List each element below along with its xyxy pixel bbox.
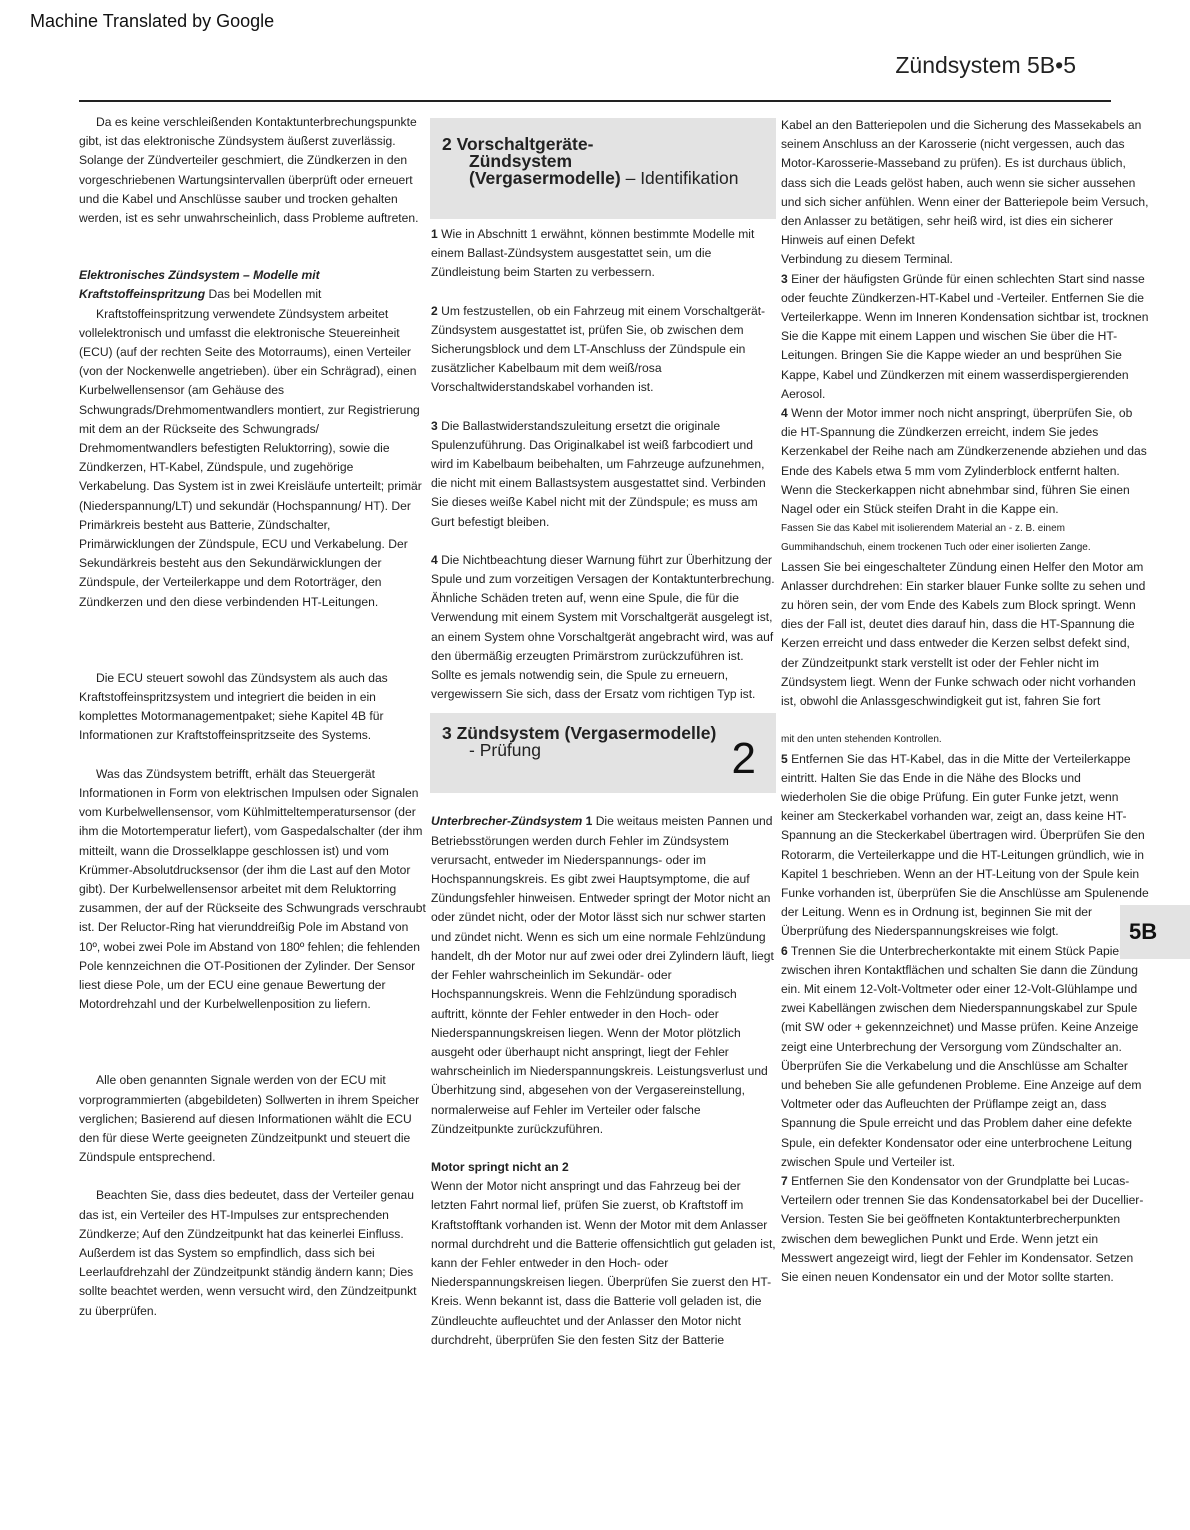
numbered-item: 4 Die Nichtbeachtung dieser Warnung führ… [431, 551, 776, 705]
numbered-item: 4 Wenn der Motor immer noch nicht anspri… [781, 404, 1149, 519]
paragraph: Kraftstoffeinspritzung verwendete Zündsy… [79, 305, 427, 612]
numbered-item: 7 Entfernen Sie den Kondensator von der … [781, 1172, 1149, 1287]
paragraph: Was das Zündsystem betrifft, erhält das … [79, 765, 427, 1015]
paragraph: Lassen Sie bei eingeschalteter Zündung e… [781, 558, 1149, 712]
section-2-heading-box: 2 Vorschaltgeräte- Zündsystem (Vergaserm… [430, 118, 776, 219]
warning-note: Fassen Sie das Kabel mit isolierendem Ma… [781, 519, 1149, 557]
section-3-title: 3 Zündsystem (Vergasermodelle) - Prüfung [442, 725, 776, 759]
paragraph: Kabel an den Batteriepolen und die Siche… [781, 116, 1149, 250]
column-1: Da es keine verschleißenden Kontaktunter… [79, 113, 427, 1321]
section-2-title: 2 Vorschaltgeräte- Zündsystem (Vergaserm… [442, 136, 776, 187]
subheading-motor: Motor springt nicht an 2 [431, 1158, 776, 1177]
paragraph: Verbindung zu diesem Terminal. [781, 250, 1149, 269]
numbered-item: 3 Einer der häufigsten Gründe für einen … [781, 270, 1149, 404]
column-3: Kabel an den Batteriepolen und die Siche… [781, 116, 1149, 1287]
paragraph: Unterbrecher-Zündsystem 1 Die weitaus me… [431, 812, 776, 1138]
running-head: Zündsystem 5B•5 [895, 52, 1076, 79]
numbered-item: 6 Trennen Sie die Unterbrecherkontakte m… [781, 942, 1149, 1172]
paragraph: Beachten Sie, dass dies bedeutet, dass d… [79, 1186, 427, 1320]
chapter-thumb-tab: 5B [1120, 905, 1190, 959]
section-3-heading-box: 3 Zündsystem (Vergasermodelle) - Prüfung… [430, 713, 776, 793]
numbered-item: 2 Um festzustellen, ob ein Fahrzeug mit … [431, 302, 776, 398]
paragraph: Da es keine verschleißenden Kontaktunter… [79, 113, 427, 228]
paragraph: Alle oben genannten Signale werden von d… [79, 1071, 427, 1167]
numbered-item: 3 Die Ballastwiderstandszuleitung ersetz… [431, 417, 776, 532]
subheading: Unterbrecher-Zündsystem [431, 814, 582, 828]
column-2: 2 Vorschaltgeräte- Zündsystem (Vergaserm… [431, 113, 776, 1350]
header-rule [79, 100, 1111, 102]
paragraph: Wenn der Motor nicht anspringt und das F… [431, 1177, 776, 1350]
numbered-item: 1 Wie in Abschnitt 1 erwähnt, können bes… [431, 225, 776, 283]
machine-translation-banner: Machine Translated by Google [30, 11, 274, 32]
paragraph-small: mit den unten stehenden Kontrollen. [781, 730, 1149, 749]
paragraph: Elektronisches Zündsystem – Modelle mit … [79, 266, 427, 304]
paragraph: Die ECU steuert sowohl das Zündsystem al… [79, 669, 427, 746]
section-big-number: 2 [732, 737, 756, 781]
numbered-item: 5 Entfernen Sie das HT-Kabel, das in die… [781, 750, 1149, 942]
